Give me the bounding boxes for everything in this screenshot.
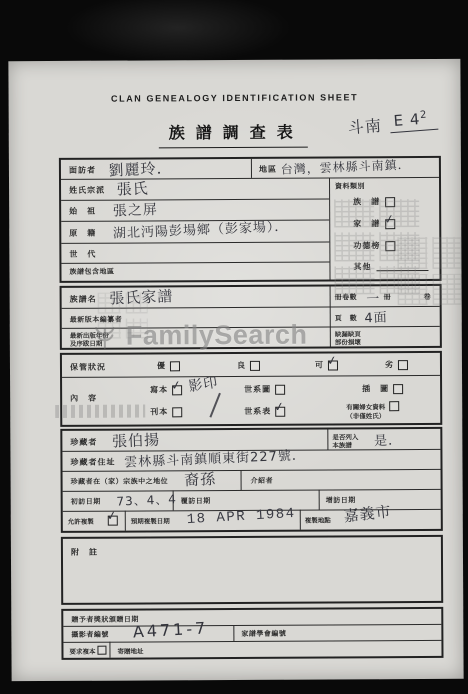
content-women: 有關婦女資料 [346, 401, 399, 411]
content-label: 內 容 [70, 393, 97, 404]
corner-place: 斗南 [347, 113, 383, 138]
category-zupu-label: 族 譜 [353, 196, 380, 207]
content-table-mark: ✓ [273, 398, 285, 414]
grade-good-label: 良 [237, 360, 246, 371]
surname-value: 張氏 [116, 177, 149, 199]
category-gongdebang-label: 功德榜 [353, 240, 380, 251]
corner-annotation: 斗南 E 42 [347, 109, 439, 139]
defect-label-line2: 部份損壞 [335, 337, 361, 346]
holder-address-label: 珍藏者住址 [70, 457, 115, 468]
compiler-label: 最新版本編纂者 [70, 315, 123, 325]
mail-address-label: 寄贈地址 [117, 646, 143, 655]
content-manuscript-note: 影印 [187, 372, 220, 397]
notes-label: 附 註 [71, 547, 98, 558]
category-zupu-checkbox [385, 197, 395, 207]
holder-section: 珍藏者 張伯揚 是否列入 本族譜 是． 珍藏者住址 雲林縣斗南鎮順東街227號．… [60, 427, 443, 533]
volumes-unit-juan: 卷 [424, 292, 432, 302]
pages-value: 4面 [364, 306, 388, 326]
copy-date-label: 預期複製日期 [131, 516, 170, 525]
ink-stroke [209, 393, 220, 418]
content-chart-label: 世系圖 [244, 384, 271, 395]
holder-role-label: 珍藏者在（家）宗族中之地位 [71, 476, 169, 487]
content-table-label: 世系表 [244, 406, 271, 417]
content-chart: 世系圖 [244, 384, 285, 395]
category-gongdebang-checkbox [385, 241, 395, 251]
volumes-label: 冊卷數 [335, 292, 358, 302]
photographer-number-value: A471-7 [132, 618, 208, 641]
identity-section: 面訪者 劉麗玲． 地區 台灣，雲林縣斗南鎮． 姓氏宗派 張氏 始 祖 張之屏 原… [59, 156, 442, 283]
content-manuscript: 寫本 ✓ [150, 384, 182, 395]
keep-condition-label: 保管狀況 [70, 362, 106, 373]
request-copy-checkbox [97, 646, 106, 655]
corner-code: E 42 [389, 109, 439, 134]
scanned-form-page: CLAN GENEALOGY IDENTIFICATION SHEET 族譜調查… [8, 59, 463, 681]
content-printed-label: 刊本 [150, 406, 168, 417]
society-number-label: 家譜學會編號 [241, 629, 286, 639]
grade-good: 良 [237, 360, 260, 371]
grade-poor-checkbox [398, 360, 408, 370]
content-illustration-checkbox [393, 384, 403, 394]
first-visit-value: 73、4、4 [116, 490, 177, 509]
content-printed: 刊本 [150, 406, 182, 417]
category-option-zupu: 族 譜 [353, 196, 395, 207]
corner-code-text: E 4 [393, 110, 421, 130]
grade-poor-label: 劣 [385, 359, 394, 370]
grade-poor: 劣 [385, 359, 408, 370]
category-option-jiapu: 家 譜 ✓ [353, 218, 395, 229]
pub-year-label-line2: 及序跋日期 [70, 339, 103, 348]
content-manuscript-checkbox: ✓ [172, 385, 182, 395]
category-jiapu-label: 家 譜 [353, 218, 380, 229]
grade-excellent: 優 [157, 360, 180, 371]
content-table: 世系表 ✓ [244, 406, 285, 417]
permit-copy-label: 允許複製 [68, 517, 94, 526]
copy-place-label: 複製地點 [305, 516, 331, 525]
content-chart-checkbox [275, 384, 285, 394]
content-table-checkbox: ✓ [275, 406, 285, 416]
region-value: 台灣，雲林縣斗南鎮． [280, 156, 411, 178]
content-manuscript-label: 寫本 [150, 384, 168, 395]
content-manuscript-mark: ✓ [170, 377, 182, 393]
coverage-label: 族譜包含地區 [69, 267, 114, 277]
category-option-gongdebang: 功德榜 [353, 240, 395, 251]
genealogy-name-label: 族譜名 [70, 294, 97, 305]
listed-label-line2: 本族譜 [332, 440, 352, 449]
content-women-sub-label: （非僅姓氏） [346, 411, 385, 420]
content-women-checkbox [389, 401, 399, 411]
grade-fair: 可 ✓ [315, 359, 338, 370]
admin-section: 贈予者獎狀頒贈日期 攝影者編號 A471-7 家譜學會編號 要求複本 寄贈地址 [61, 607, 443, 660]
holder-label: 珍藏者 [70, 437, 97, 448]
volume-section: 族譜名 張氏家譜 冊卷數 一 冊 卷 最新版本編纂者 頁 數 4面 最新出版年份… [60, 284, 442, 350]
content-printed-checkbox [172, 407, 182, 417]
content-illustration-label: 插 圖 [362, 383, 389, 394]
grade-excellent-checkbox [170, 361, 180, 371]
request-copy-label: 要求複本 [69, 647, 95, 656]
content-illustration: 插 圖 [362, 383, 403, 394]
corner-code-sup: 2 [420, 109, 428, 121]
category-other-label: 其他 [353, 261, 371, 272]
grade-fair-checkbox: ✓ [328, 360, 338, 370]
grade-good-checkbox [250, 360, 260, 370]
grade-fair-label: 可 [315, 360, 324, 371]
pages-label: 頁 數 [335, 313, 358, 323]
listed-value: 是． [374, 429, 403, 449]
generations-label: 世 代 [69, 249, 96, 260]
introducer-label: 介紹者 [251, 476, 274, 486]
category-label: 資料類別 [335, 181, 365, 191]
category-jiapu-mark: ✓ [383, 211, 395, 227]
genealogy-name-value: 張氏家譜 [109, 285, 174, 309]
volumes-unit-ce: 冊 [384, 292, 392, 302]
volumes-value: 一 [366, 288, 381, 308]
first-ancestor-value: 張之屏 [112, 199, 158, 221]
category-option-other: 其他 [353, 261, 428, 272]
notes-section: 附 註 [61, 535, 443, 605]
form-chinese-title: 族譜調查表 [159, 120, 308, 149]
category-jiapu-checkbox: ✓ [385, 219, 395, 229]
origin-label: 原 籍 [69, 228, 96, 239]
copy-place-value: 嘉義市 [343, 500, 393, 526]
award-date-label: 贈予者獎狀頒贈日期 [71, 615, 139, 625]
holder-role-value: 裔孫 [184, 468, 217, 490]
surname-label: 姓氏宗派 [69, 185, 105, 196]
form-english-title: CLAN GENEALOGY IDENTIFICATION SHEET [9, 92, 461, 104]
interviewer-label: 面訪者 [69, 165, 96, 176]
permit-copy-checkbox: ✓ [108, 516, 118, 526]
category-other-line [376, 262, 428, 271]
photographer-number-label: 攝影者編號 [71, 630, 109, 640]
condition-section: 保管狀況 優 良 可 ✓ 劣 內 容 寫本 ✓ 影印 世系圖 插 圖 [60, 351, 442, 427]
grade-fair-mark: ✓ [326, 352, 338, 368]
region-label: 地區 [259, 164, 277, 175]
content-women-label: 有關婦女資料 [346, 402, 385, 411]
first-ancestor-label: 始 祖 [69, 206, 96, 217]
second-visit-label: 覆訪日期 [181, 496, 211, 506]
first-visit-label: 初訪日期 [71, 497, 101, 507]
holder-value: 張伯揚 [112, 429, 161, 452]
grade-excellent-label: 優 [157, 360, 166, 371]
